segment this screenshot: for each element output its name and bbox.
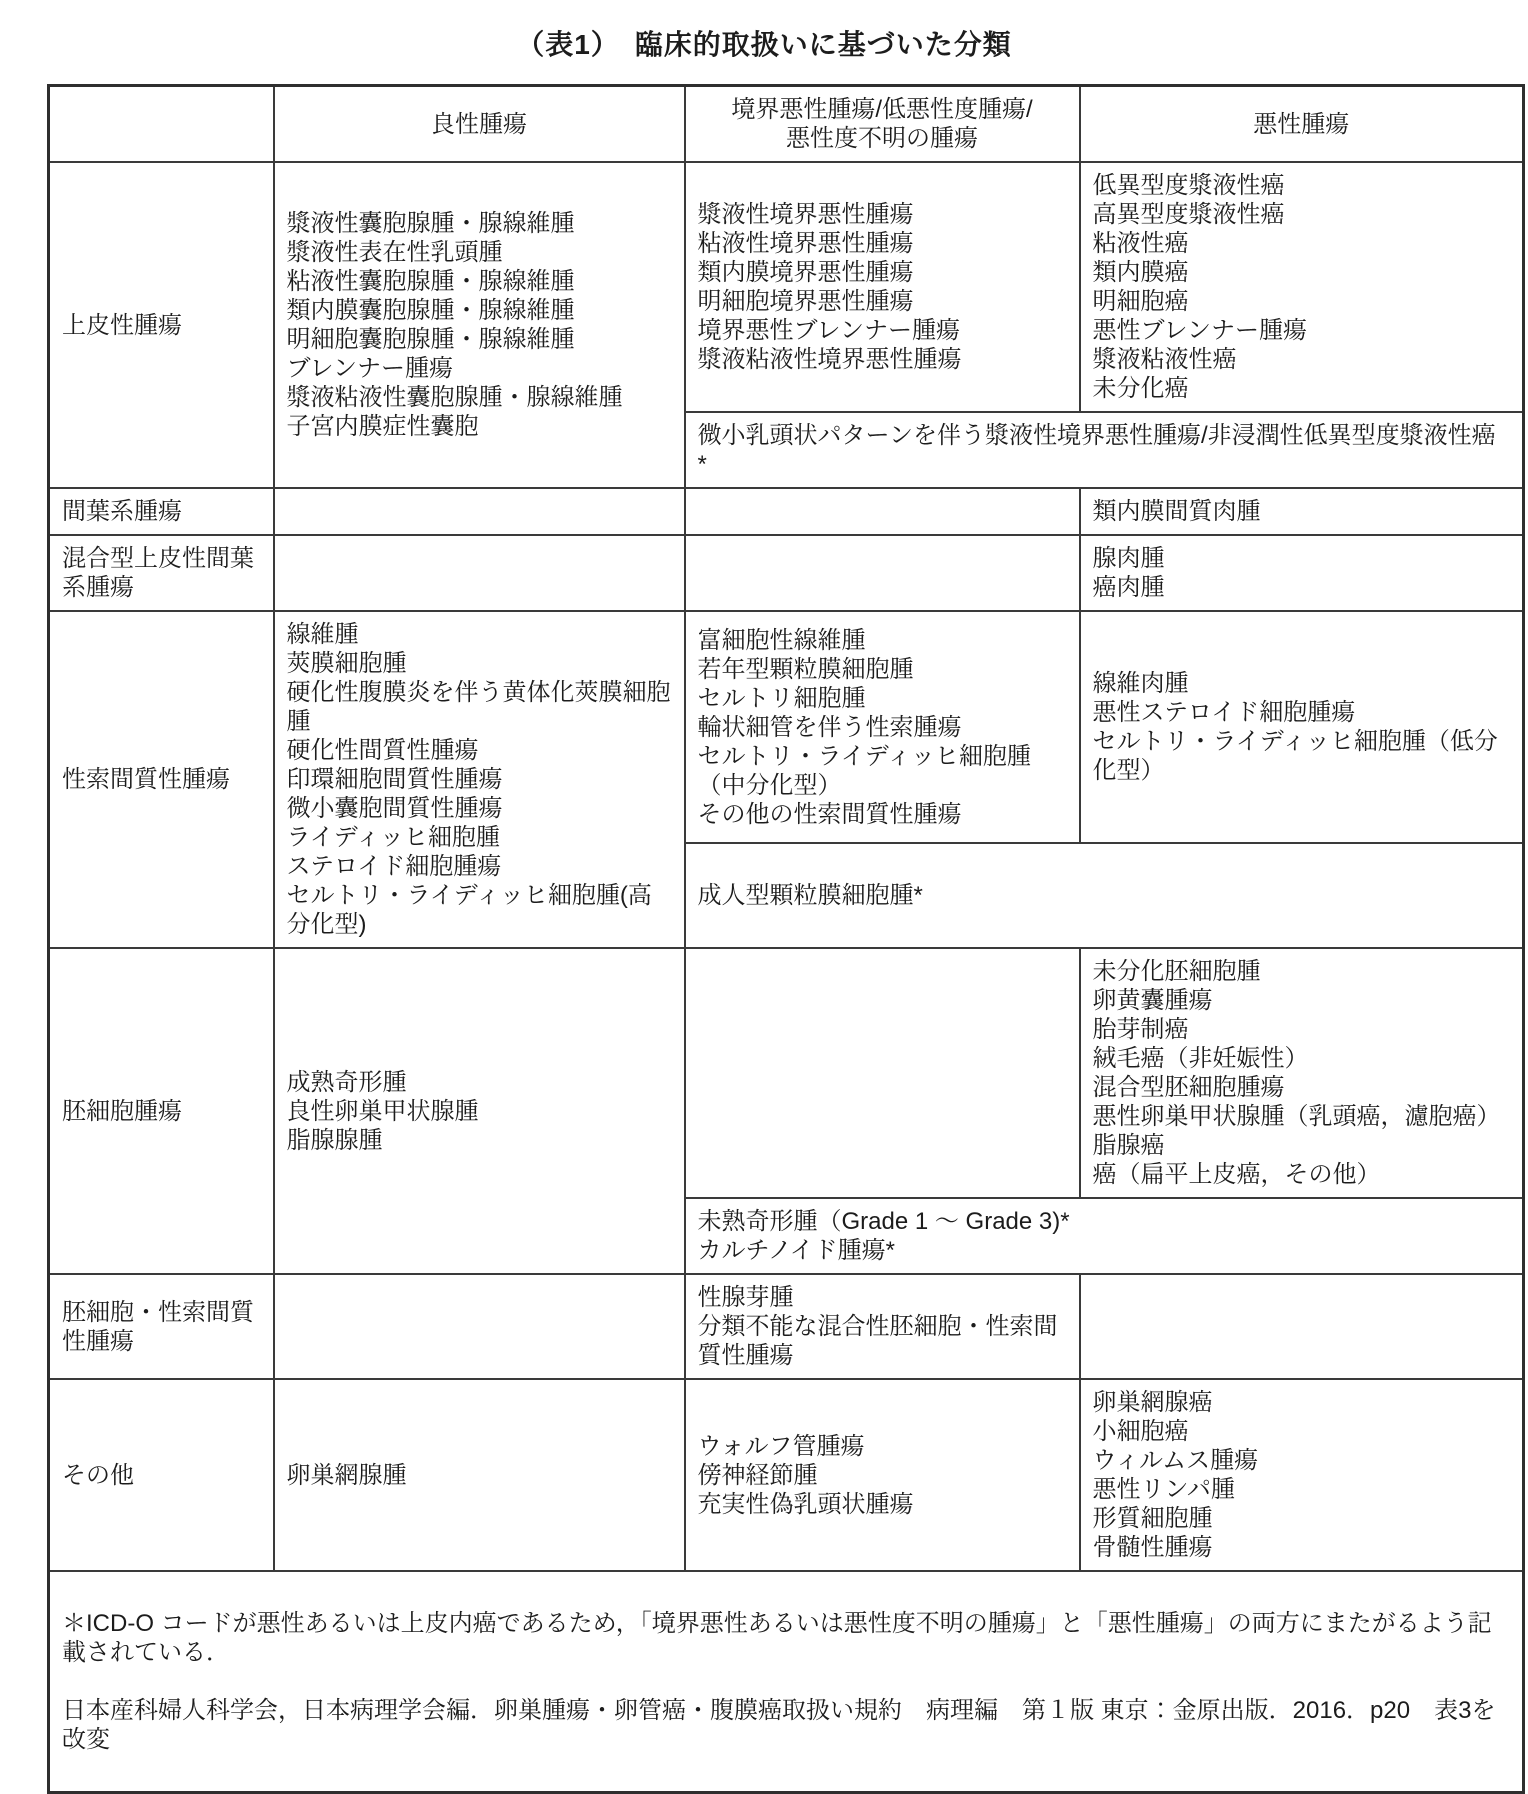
header-benign: 良性腫瘍 xyxy=(274,86,685,163)
cell-mixed-label: 混合型上皮性間葉系腫瘍 xyxy=(49,535,274,611)
cell-germ-sexcord-borderline: 性腺芽腫 分類不能な混合性胚細胞・性索間質性腫瘍 xyxy=(685,1274,1080,1379)
cell-germ-sexcord-label: 胚細胞・性索間質性腫瘍 xyxy=(49,1274,274,1379)
cell-other-benign: 卵巣網腺腫 xyxy=(274,1379,685,1571)
table-row-footnote: ＊ICD-O コードが悪性あるいは上皮内癌であるため，「境界悪性あるいは悪性度不… xyxy=(49,1571,1524,1793)
cell-germ-sexcord-malignant xyxy=(1080,1274,1524,1379)
cell-epithelial-span-note: 微小乳頭状パターンを伴う漿液性境界悪性腫瘍/非浸潤性低異型度漿液性癌 * xyxy=(685,412,1524,488)
cell-other-label: その他 xyxy=(49,1379,274,1571)
table-row-other: その他 卵巣網腺腫 ウォルフ管腫瘍 傍神経節腫 充実性偽乳頭状腫瘍 卵巣網腺癌 … xyxy=(49,1379,1524,1571)
table-title: （表1） 臨床的取扱いに基づいた分類 xyxy=(0,28,1528,62)
cell-sexcord-borderline: 富細胞性線維腫 若年型顆粒膜細胞腫 セルトリ細胞腫 輪状細管を伴う性索腫瘍 セル… xyxy=(685,611,1080,843)
cell-germ-span-note: 未熟奇形腫（Grade 1 〜 Grade 3)* カルチノイド腫瘍* xyxy=(685,1198,1524,1274)
table-row-germ-cell-sex-cord: 胚細胞・性索間質性腫瘍 性腺芽腫 分類不能な混合性胚細胞・性索間質性腫瘍 xyxy=(49,1274,1524,1379)
table-row-sex-cord-stromal: 性索間質性腫瘍 線維腫 莢膜細胞腫 硬化性腹膜炎を伴う黄体化莢膜細胞腫 硬化性間… xyxy=(49,611,1524,843)
cell-sexcord-span-note: 成人型顆粒膜細胞腫* xyxy=(685,843,1524,948)
cell-mesenchymal-benign xyxy=(274,488,685,535)
cell-mixed-benign xyxy=(274,535,685,611)
cell-sexcord-label: 性索間質性腫瘍 xyxy=(49,611,274,948)
table-row-germ-cell: 胚細胞腫瘍 成熟奇形腫 良性卵巣甲状腺腫 脂腺腺腫 未分化胚細胞腫 卵黄囊腫瘍 … xyxy=(49,948,1524,1198)
cell-germ-malignant: 未分化胚細胞腫 卵黄囊腫瘍 胎芽制癌 絨毛癌（非妊娠性） 混合型胚細胞腫瘍 悪性… xyxy=(1080,948,1524,1198)
header-malignant: 悪性腫瘍 xyxy=(1080,86,1524,163)
cell-mesenchymal-malignant: 類内膜間質肉腫 xyxy=(1080,488,1524,535)
cell-germ-borderline xyxy=(685,948,1080,1198)
cell-epithelial-label: 上皮性腫瘍 xyxy=(49,162,274,488)
cell-mesenchymal-label: 間葉系腫瘍 xyxy=(49,488,274,535)
table-row-mixed-epithelial-mesenchymal: 混合型上皮性間葉系腫瘍 腺肉腫 癌肉腫 xyxy=(49,535,1524,611)
cell-mixed-malignant: 腺肉腫 癌肉腫 xyxy=(1080,535,1524,611)
table-row-epithelial: 上皮性腫瘍 漿液性囊胞腺腫・腺線維腫 漿液性表在性乳頭腫 粘液性囊胞腺腫・腺線維… xyxy=(49,162,1524,412)
document-page: （表1） 臨床的取扱いに基づいた分類 良性腫瘍 境界悪性腫瘍/低悪性度腫瘍/ 悪… xyxy=(0,0,1528,1794)
header-row: 良性腫瘍 境界悪性腫瘍/低悪性度腫瘍/ 悪性度不明の腫瘍 悪性腫瘍 xyxy=(49,86,1524,163)
footnote-asterisk: ＊ICD-O コードが悪性あるいは上皮内癌であるため，「境界悪性あるいは悪性度不… xyxy=(62,1609,1510,1667)
cell-epithelial-borderline: 漿液性境界悪性腫瘍 粘液性境界悪性腫瘍 類内膜境界悪性腫瘍 明細胞境界悪性腫瘍 … xyxy=(685,162,1080,412)
header-category xyxy=(49,86,274,163)
cell-germ-label: 胚細胞腫瘍 xyxy=(49,948,274,1274)
cell-mesenchymal-borderline xyxy=(685,488,1080,535)
cell-epithelial-benign: 漿液性囊胞腺腫・腺線維腫 漿液性表在性乳頭腫 粘液性囊胞腺腫・腺線維腫 類内膜囊… xyxy=(274,162,685,488)
cell-other-malignant: 卵巣網腺癌 小細胞癌 ウィルムス腫瘍 悪性リンパ腫 形質細胞腫 骨髄性腫瘍 xyxy=(1080,1379,1524,1571)
header-borderline: 境界悪性腫瘍/低悪性度腫瘍/ 悪性度不明の腫瘍 xyxy=(685,86,1080,163)
cell-sexcord-benign: 線維腫 莢膜細胞腫 硬化性腹膜炎を伴う黄体化莢膜細胞腫 硬化性間質性腫瘍 印環細… xyxy=(274,611,685,948)
cell-germ-sexcord-benign xyxy=(274,1274,685,1379)
cell-mixed-borderline xyxy=(685,535,1080,611)
footnote-cell: ＊ICD-O コードが悪性あるいは上皮内癌であるため，「境界悪性あるいは悪性度不… xyxy=(49,1571,1524,1793)
cell-sexcord-malignant: 線維肉腫 悪性ステロイド細胞腫瘍 セルトリ・ライディッヒ細胞腫（低分化型） xyxy=(1080,611,1524,843)
table-row-mesenchymal: 間葉系腫瘍 類内膜間質肉腫 xyxy=(49,488,1524,535)
classification-table: 良性腫瘍 境界悪性腫瘍/低悪性度腫瘍/ 悪性度不明の腫瘍 悪性腫瘍 上皮性腫瘍 … xyxy=(47,84,1525,1794)
footnote-citation: 日本産科婦人科学会，日本病理学会編．卵巣腫瘍・卵管癌・腹膜癌取扱い規約 病理編 … xyxy=(62,1696,1510,1754)
cell-germ-benign: 成熟奇形腫 良性卵巣甲状腺腫 脂腺腺腫 xyxy=(274,948,685,1274)
cell-other-borderline: ウォルフ管腫瘍 傍神経節腫 充実性偽乳頭状腫瘍 xyxy=(685,1379,1080,1571)
cell-epithelial-malignant: 低異型度漿液性癌 高異型度漿液性癌 粘液性癌 類内膜癌 明細胞癌 悪性ブレンナー… xyxy=(1080,162,1524,412)
